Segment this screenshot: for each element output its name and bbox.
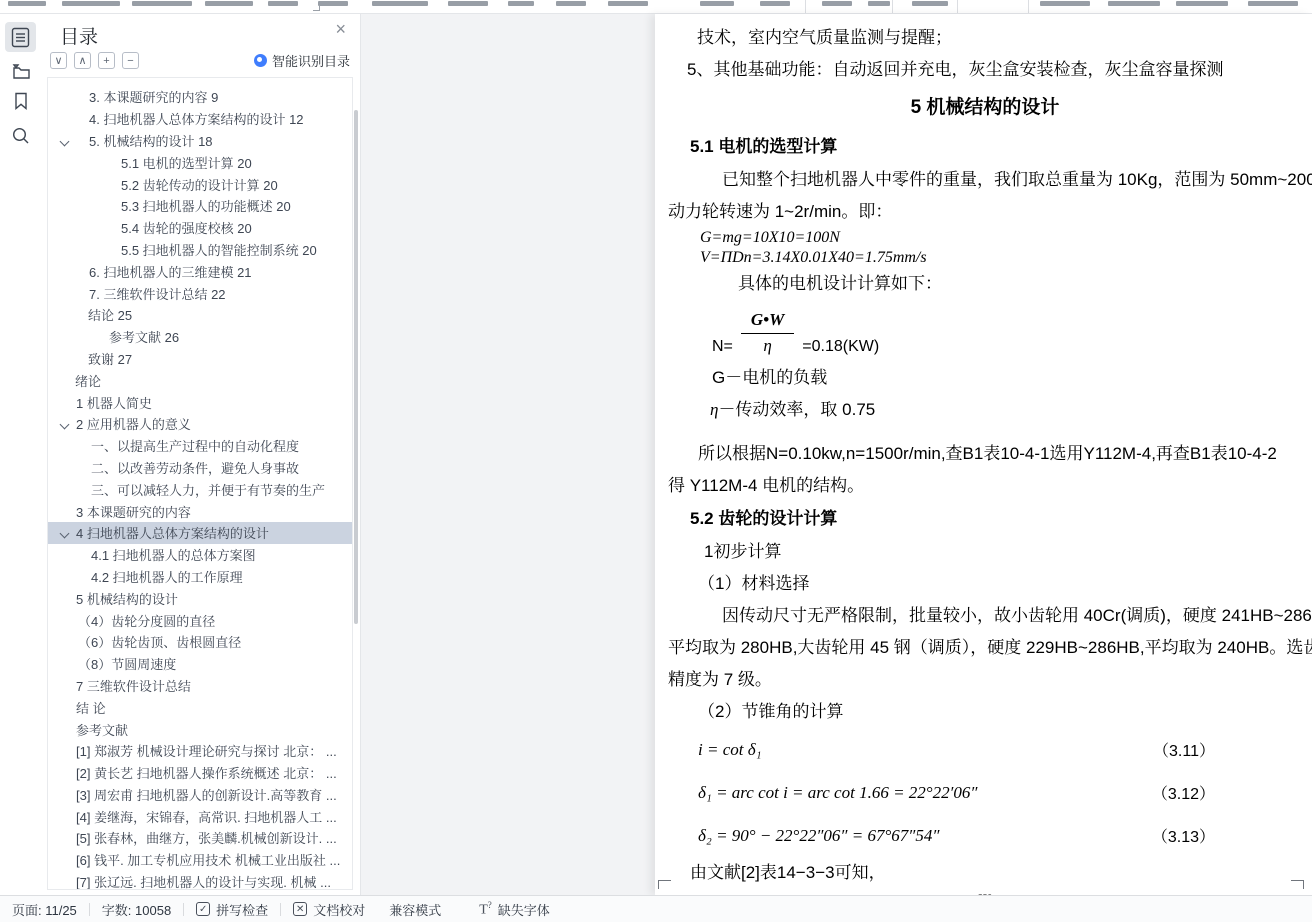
toc-tool-collapse-all[interactable]: −	[122, 52, 139, 69]
document-page[interactable]: 技术，室内空气质量监测与提醒；5、其他基础功能：自动返回并充电，灰尘盒安装检查，…	[655, 14, 1312, 895]
doc-math-block: G=mg=10X10=100N	[668, 228, 1302, 248]
toolbar-clipped-text	[912, 1, 948, 6]
toc-item-label: （8）节圆周速度	[48, 654, 176, 673]
status-bar: 页面: 11/25 字数: 10058 ✓ 拼写检查 ✕ 文档校对 兼容模式 T…	[0, 895, 1312, 922]
doc-h1-block: 5 机械结构的设计	[668, 86, 1302, 130]
bookmarks-pane-button[interactable]	[5, 86, 36, 116]
toolbar-separator	[892, 0, 893, 13]
toc-item-label: 5.1 电机的选型计算 20	[48, 153, 252, 172]
toc-item[interactable]: 参考文献	[48, 718, 352, 740]
toc-item-label: 绪论	[48, 371, 101, 390]
toolbar-clipped-text	[556, 1, 586, 6]
toc-scrollbar-thumb[interactable]	[354, 110, 358, 624]
smart-toc-icon	[254, 54, 267, 67]
toc-item-label: 参考文献	[48, 720, 128, 739]
toc-item-label: （6）齿轮齿顶、齿根圆直径	[48, 632, 241, 651]
spell-check-label: 拼写检查	[216, 900, 268, 919]
proofread-toggle[interactable]: ✕ 文档校对	[281, 896, 377, 922]
doc-body-block: （2）节锥角的计算	[668, 696, 1302, 728]
toc-item-label: [7] 张辽远. 扫地机器人的设计与实现. 机械 ...	[48, 872, 331, 890]
doc-equation-block: δ₁ = arc cot i = arc cot 1.66 = 22°22′06…	[668, 771, 1302, 814]
toc-item[interactable]: [6] 钱平. 加工专机应用技术 机械工业出版社 ...	[48, 849, 352, 871]
toc-item-label: [5] 张春林，曲继方，张美麟.机械创新设计. ...	[48, 828, 337, 847]
toolbar-clipped-text	[268, 1, 298, 6]
toc-item[interactable]: 4. 扫地机器人总体方案结构的设计 12	[48, 108, 352, 130]
doc-math-block: V=ΠDn=3.14X0.01X40=1.75mm/s	[668, 248, 1302, 268]
toc-item[interactable]: [2] 黄长艺 扫地机器人操作系统概述 北京： ...	[48, 762, 352, 784]
toc-item[interactable]: 参考文献 26	[48, 326, 352, 348]
toc-item-label: （4）齿轮分度圆的直径	[48, 611, 215, 630]
toc-item[interactable]: 6. 扫地机器人的三维建模 21	[48, 260, 352, 282]
toolbar-clipped-text	[1040, 1, 1090, 6]
toolbar-clipped-text	[448, 1, 488, 6]
toc-item[interactable]: [4] 姜继海，宋锦春，高常识. 扫地机器人工 ...	[48, 805, 352, 827]
toc-item[interactable]: 5.1 电机的选型计算 20	[48, 151, 352, 173]
toc-item[interactable]: 4.1 扫地机器人的总体方案图	[48, 544, 352, 566]
toc-item-label: 1 机器人简史	[48, 393, 152, 412]
toolbar-clipped-text	[1176, 1, 1228, 6]
toc-item-label: 4 扫地机器人总体方案结构的设计	[48, 523, 269, 542]
toolbar-clipped-text	[700, 1, 734, 6]
toc-tool-expand-level[interactable]: ∧	[74, 52, 91, 69]
toc-item[interactable]: 7 三维软件设计总结	[48, 675, 352, 697]
toolbar-separator	[957, 0, 958, 13]
toc-item[interactable]: [3] 周宏甫 扫地机器人的创新设计.高等教育 ...	[48, 784, 352, 806]
toc-item[interactable]: 4 扫地机器人总体方案结构的设计	[48, 522, 352, 544]
toc-item[interactable]: 5. 机械结构的设计 18	[48, 130, 352, 152]
doc-fraction-block: N=G•Wη=0.18(KW)	[668, 300, 1302, 362]
toc-item-label: 4.1 扫地机器人的总体方案图	[48, 545, 256, 564]
toolbar-clipped-text	[608, 1, 648, 6]
toc-item-label: [3] 周宏甫 扫地机器人的创新设计.高等教育 ...	[48, 785, 337, 804]
toc-item-label: [1] 郑淑芳 机械设计理论研究与探讨 北京： ...	[48, 741, 337, 760]
toc-item[interactable]: （4）齿轮分度圆的直径	[48, 609, 352, 631]
toolbar-clipped-text	[760, 1, 790, 6]
missing-font-icon: T?	[479, 900, 492, 919]
toc-item[interactable]: 5.5 扫地机器人的智能控制系统 20	[48, 239, 352, 261]
toc-item-label: [6] 钱平. 加工专机应用技术 机械工业出版社 ...	[48, 850, 340, 869]
toolbar-clipped-text	[62, 1, 120, 6]
toc-item-label: 一、以提高生产过程中的自动化程度	[48, 436, 299, 455]
toc-item[interactable]: 绪论	[48, 369, 352, 391]
toc-tool-expand-all[interactable]: +	[98, 52, 115, 69]
toolbar-clipped-text	[132, 1, 192, 6]
outline-pane-button[interactable]	[5, 22, 36, 52]
spell-check-toggle[interactable]: ✓ 拼写检查	[184, 896, 280, 922]
toc-item-label: 4.2 扫地机器人的工作原理	[48, 567, 243, 586]
toc-item-label: 致谢 27	[48, 349, 132, 368]
toc-item-label: 二、以改善劳动条件，避免人身事故	[48, 458, 299, 477]
toolbar-clipped-text	[205, 1, 253, 6]
proofread-icon: ✕	[293, 902, 307, 916]
toc-item[interactable]: 5.4 齿轮的强度校核 20	[48, 217, 352, 239]
doc-body-block: 动力轮转速为 1~2r/min。即：	[668, 196, 1302, 228]
toc-item-label: 5. 机械结构的设计 18	[48, 131, 213, 150]
toc-item-label: 7. 三维软件设计总结 22	[48, 284, 226, 303]
toc-item-label: 结论 25	[48, 305, 132, 324]
toc-item[interactable]: 一、以提高生产过程中的自动化程度	[48, 435, 352, 457]
toc-item-label: 4. 扫地机器人总体方案结构的设计 12	[48, 109, 304, 128]
doc-equation-block: i = cot δ₁（3.11）	[668, 728, 1302, 771]
toolbar-corner-mark	[313, 5, 320, 11]
toolbar-clipped-text	[8, 1, 46, 6]
doc-h2-block: 5.1 电机的选型计算	[668, 130, 1302, 164]
toc-item[interactable]: （8）节圆周速度	[48, 653, 352, 675]
compat-mode[interactable]: 兼容模式	[377, 896, 453, 922]
toc-item[interactable]: [7] 张辽远. 扫地机器人的设计与实现. 机械 ...	[48, 871, 352, 890]
toc-item[interactable]: [1] 郑淑芳 机械设计理论研究与探讨 北京： ...	[48, 740, 352, 762]
toc-item-label: 5.4 齿轮的强度校核 20	[48, 218, 252, 237]
doc-body-block: 1初步计算	[668, 536, 1302, 568]
toc-panel-title: 目录	[60, 22, 98, 49]
doc-body-block: 所以根据N=0.10kw,n=1500r/min,查B1表10-4-1选用Y11…	[668, 438, 1302, 470]
toolbar-clipped-text	[1108, 1, 1160, 6]
toc-item-label: 参考文献 26	[48, 327, 179, 346]
doc-body-block: 5、其他基础功能：自动返回并充电，灰尘盒安装检查，灰尘盒容量探测	[668, 54, 1302, 86]
page-margin-mark-right	[1291, 880, 1304, 889]
smart-toc-label: 智能识别目录	[272, 51, 350, 70]
toc-item[interactable]: 2 应用机器人的意义	[48, 413, 352, 435]
toc-item[interactable]: 4.2 扫地机器人的工作原理	[48, 566, 352, 588]
toc-item[interactable]: [5] 张春林，曲继方，张美麟.机械创新设计. ...	[48, 827, 352, 849]
toc-item-label: 三、可以减轻人力，并便于有节奏的生产	[48, 480, 325, 499]
page-indicator-label: 页面: 11/25	[12, 900, 77, 919]
doc-body-block: 由文献[2]表14−3−3可知，	[668, 857, 1302, 889]
toc-item[interactable]: 1 机器人简史	[48, 391, 352, 413]
toc-item-label: [4] 姜继海，宋锦春，高常识. 扫地机器人工 ...	[48, 807, 337, 826]
toc-item-label: 5 机械结构的设计	[48, 589, 178, 608]
compat-mode-label: 兼容模式	[389, 900, 441, 919]
document-content: 技术，室内空气质量监测与提醒；5、其他基础功能：自动返回并充电，灰尘盒安装检查，…	[668, 14, 1302, 907]
doc-body-block: G－电机的负载	[668, 362, 1302, 394]
toc-item-label: 结 论	[48, 698, 106, 717]
bookmark-icon	[12, 91, 30, 111]
toc-item-label: [2] 黄长艺 扫地机器人操作系统概述 北京： ...	[48, 763, 337, 782]
toolbar-separator	[1028, 0, 1029, 13]
toolbar-clipped-text	[822, 1, 852, 6]
toc-tool-collapse-level[interactable]: ∨	[50, 52, 67, 69]
toolbar-clipped-text	[508, 1, 534, 6]
toc-item[interactable]: 结论 25	[48, 304, 352, 326]
toc-item-label: 5.3 扫地机器人的功能概述 20	[48, 196, 291, 215]
toc-item[interactable]: 7. 三维软件设计总结 22	[48, 282, 352, 304]
toolbar-clipped-text	[868, 1, 890, 6]
chapter-folder-icon	[11, 62, 31, 81]
doc-h2-block: 5.2 齿轮的设计计算	[668, 502, 1302, 536]
top-toolbar-clipped[interactable]	[0, 0, 1312, 14]
search-pane-button[interactable]	[5, 120, 36, 150]
spell-check-icon: ✓	[196, 902, 210, 916]
toolbar-clipped-text	[372, 1, 428, 6]
doc-body-block: 精度为 7 级。	[668, 664, 1302, 696]
doc-body-block: 已知整个扫地机器人中零件的重量，我们取总重量为 10Kg，范围为 50mm~20…	[668, 164, 1302, 196]
doc-body-block: 平均取为 280HB,大齿轮用 45 钢（调质），硬度 229HB~286HB,…	[668, 632, 1302, 664]
doc-mixed-block: η－传动效率，取 0.75	[668, 394, 1302, 426]
search-icon	[11, 126, 30, 145]
toc-item[interactable]: 3. 本课题研究的内容 9	[48, 86, 352, 108]
toolbar-clipped-text	[1248, 1, 1298, 6]
doc-body-block: 具体的电机设计计算如下：	[668, 268, 1302, 300]
missing-font-label: 缺失字体	[498, 900, 550, 919]
toc-item-label: 3 本课题研究的内容	[48, 502, 191, 521]
toolbar-separator	[805, 0, 806, 13]
toc-item[interactable]: 致谢 27	[48, 348, 352, 370]
smart-toc-button[interactable]: 智能识别目录	[254, 51, 350, 70]
toc-item-label: 5.5 扫地机器人的智能控制系统 20	[48, 240, 317, 259]
toc-list: 3. 本课题研究的内容 94. 扫地机器人总体方案结构的设计 125. 机械结构…	[47, 77, 353, 890]
close-icon[interactable]: ×	[335, 20, 346, 38]
toc-toolbar: ∨∧+−	[50, 52, 139, 69]
doc-body-block: （1）材料选择	[668, 568, 1302, 600]
word-count[interactable]: 字数: 10058	[90, 896, 183, 922]
proofread-label: 文档校对	[313, 900, 365, 919]
doc-body-block: 因传动尺寸无严格限制，批量较小，故小齿轮用 40Cr(调质)，硬度 241HB~…	[668, 600, 1302, 632]
navigation-rail	[0, 14, 40, 895]
page-margin-mark-left	[658, 880, 671, 889]
toc-item-label: 7 三维软件设计总结	[48, 676, 191, 695]
document-workspace: 技术，室内空气质量监测与提醒；5、其他基础功能：自动返回并充电，灰尘盒安装检查，…	[361, 14, 1312, 895]
toc-item[interactable]: 三、可以减轻人力，并便于有节奏的生产	[48, 478, 352, 500]
toc-item[interactable]: 3 本课题研究的内容	[48, 500, 352, 522]
toc-item[interactable]: 结 论	[48, 696, 352, 718]
word-count-label: 字数: 10058	[102, 900, 171, 919]
doc-equation-block: δ₂ = 90° − 22°22″06″ = 67°67″54″（3.13）	[668, 814, 1302, 857]
toc-item-label: 3. 本课题研究的内容 9	[48, 87, 218, 106]
page-indicator[interactable]: 页面: 11/25	[0, 896, 89, 922]
toc-item[interactable]: 5.3 扫地机器人的功能概述 20	[48, 195, 352, 217]
missing-font-button[interactable]: T? 缺失字体	[467, 896, 562, 922]
toolbar-clipped-text	[318, 1, 348, 6]
toc-item-label: 5.2 齿轮传动的设计计算 20	[48, 175, 278, 194]
toc-item[interactable]: （6）齿轮齿顶、齿根圆直径	[48, 631, 352, 653]
toc-panel: 目录 × ∨∧+− 智能识别目录 3. 本课题研究的内容 94. 扫地机器人总体…	[40, 14, 361, 895]
toc-item-label: 6. 扫地机器人的三维建模 21	[48, 262, 252, 281]
toc-item[interactable]: 5.2 齿轮传动的设计计算 20	[48, 173, 352, 195]
doc-body-block: 得 Y112M-4 电机的结构。	[668, 470, 1302, 502]
doc-body-block: 技术，室内空气质量监测与提醒；	[668, 22, 1302, 54]
toc-item[interactable]: 5 机械结构的设计	[48, 587, 352, 609]
chapters-pane-button[interactable]	[5, 56, 36, 86]
outline-icon	[11, 27, 30, 48]
toc-item[interactable]: 二、以改善劳动条件，避免人身事故	[48, 457, 352, 479]
